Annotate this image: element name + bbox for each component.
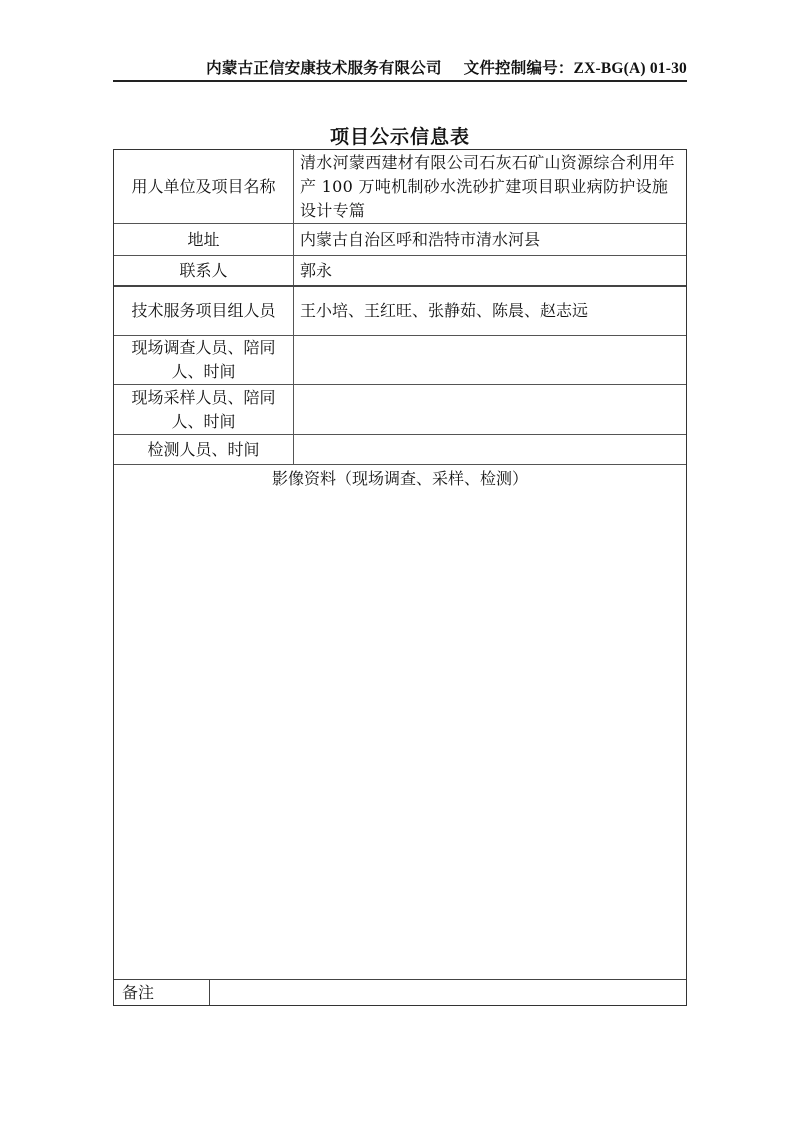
row-value	[294, 336, 686, 384]
media-section: 影像资料（现场调查、采样、检测）	[114, 465, 686, 980]
project-info-table: 用人单位及项目名称 清水河蒙西建材有限公司石灰石矿山资源综合利用年产 100 万…	[113, 149, 687, 1006]
table-row-notes: 备注	[114, 980, 686, 1005]
table-row-site-sampling: 现场采样人员、陪同人、时间	[114, 385, 686, 435]
row-value	[294, 385, 686, 434]
row-label: 现场调查人员、陪同人、时间	[114, 336, 294, 384]
media-section-title: 影像资料（现场调查、采样、检测）	[114, 465, 686, 492]
row-value: 清水河蒙西建材有限公司石灰石矿山资源综合利用年产 100 万吨机制砂水洗砂扩建项…	[294, 150, 686, 223]
row-value: 郭永	[294, 256, 686, 285]
row-value: 王小培、王红旺、张静茹、陈晨、赵志远	[294, 287, 686, 335]
page-title: 项目公示信息表	[0, 122, 800, 149]
document-control-number: 文件控制编号：ZX-BG(A) 01-30	[464, 60, 687, 77]
table-row-testing: 检测人员、时间	[114, 435, 686, 465]
table-row-contact: 联系人 郭永	[114, 256, 686, 287]
row-label: 联系人	[114, 256, 294, 285]
row-value	[294, 435, 686, 464]
table-row-team-members: 技术服务项目组人员 王小培、王红旺、张静茹、陈晨、赵志远	[114, 287, 686, 336]
row-label: 地址	[114, 224, 294, 255]
table-row-address: 地址 内蒙古自治区呼和浩特市清水河县	[114, 224, 686, 256]
row-label: 用人单位及项目名称	[114, 150, 294, 223]
row-value: 内蒙古自治区呼和浩特市清水河县	[294, 224, 686, 255]
table-row-employer-project: 用人单位及项目名称 清水河蒙西建材有限公司石灰石矿山资源综合利用年产 100 万…	[114, 150, 686, 224]
table-row-site-survey: 现场调查人员、陪同人、时间	[114, 336, 686, 385]
header-divider	[113, 80, 687, 82]
page-header: 内蒙古正信安康技术服务有限公司文件控制编号：ZX-BG(A) 01-30	[113, 56, 687, 80]
row-label: 现场采样人员、陪同人、时间	[114, 385, 294, 434]
notes-label: 备注	[114, 980, 210, 1005]
row-label: 技术服务项目组人员	[114, 287, 294, 335]
notes-value	[210, 980, 686, 1005]
row-label: 检测人员、时间	[114, 435, 294, 464]
company-name: 内蒙古正信安康技术服务有限公司	[138, 60, 442, 77]
